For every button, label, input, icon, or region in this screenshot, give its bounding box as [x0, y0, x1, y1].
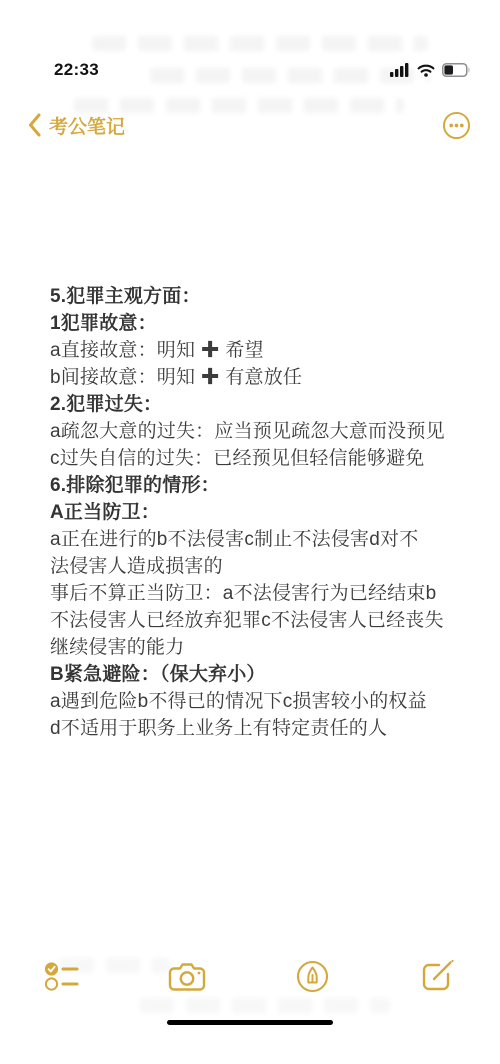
note-line: a直接故意：明知 ✚ 希望: [50, 337, 480, 364]
bleedthrough-smudge: [92, 36, 428, 51]
camera-icon: [168, 961, 206, 992]
note-line: c过失自信的过失：已经预见但轻信能够避免: [50, 445, 480, 472]
note-line: 法侵害人造成损害的: [50, 553, 480, 580]
chevron-left-icon: [28, 113, 41, 137]
note-line: a疏忽大意的过失：应当预见疏忽大意而没预见: [50, 418, 480, 445]
bottom-toolbar: [0, 948, 500, 1004]
note-line: d不适用于职务上业务上有特定责任的人: [50, 715, 480, 742]
note-line: 事后不算正当防卫：a不法侵害行为已经结束b: [50, 580, 480, 607]
note-line: b间接故意：明知 ✚ 有意放任: [50, 364, 480, 391]
checklist-icon: [44, 961, 80, 992]
compose-icon: [420, 958, 456, 994]
markup-pen-icon: [296, 960, 329, 993]
clock: 22:33: [54, 60, 99, 80]
wifi-icon: [417, 64, 435, 77]
note-line: a遇到危险b不得已的情况下c损害较小的权益: [50, 688, 480, 715]
more-options-button[interactable]: [440, 109, 472, 141]
markup-button[interactable]: [291, 954, 335, 998]
home-indicator[interactable]: [167, 1020, 333, 1025]
note-line: 不法侵害人已经放弃犯罪c不法侵害人已经丧失: [50, 607, 480, 634]
camera-button[interactable]: [165, 954, 209, 998]
note-line: 1犯罪故意：: [50, 310, 480, 337]
note-line: A正当防卫：: [50, 499, 480, 526]
nav-bar: 考公笔记: [0, 104, 500, 146]
note-line: 5.犯罪主观方面：: [50, 283, 480, 310]
checklist-button[interactable]: [40, 954, 84, 998]
status-bar: 22:33: [0, 55, 500, 85]
note-body[interactable]: 5.犯罪主观方面： 1犯罪故意： a直接故意：明知 ✚ 希望 b间接故意：明知 …: [50, 283, 480, 742]
cellular-signal-icon: [390, 63, 410, 77]
note-line: 继续侵害的能力: [50, 634, 480, 661]
back-button[interactable]: 考公笔记: [28, 112, 125, 139]
note-line: B紧急避险：（保大弃小）: [50, 661, 480, 688]
note-line: 6.排除犯罪的情形：: [50, 472, 480, 499]
note-line: 2.犯罪过失：: [50, 391, 480, 418]
battery-icon: [442, 63, 470, 77]
status-icons: [390, 63, 470, 77]
ellipsis-circle-icon: [442, 111, 471, 140]
back-button-label: 考公笔记: [49, 112, 125, 139]
note-line: a正在进行的b不法侵害c制止不法侵害d对不: [50, 526, 480, 553]
compose-button[interactable]: [416, 954, 460, 998]
